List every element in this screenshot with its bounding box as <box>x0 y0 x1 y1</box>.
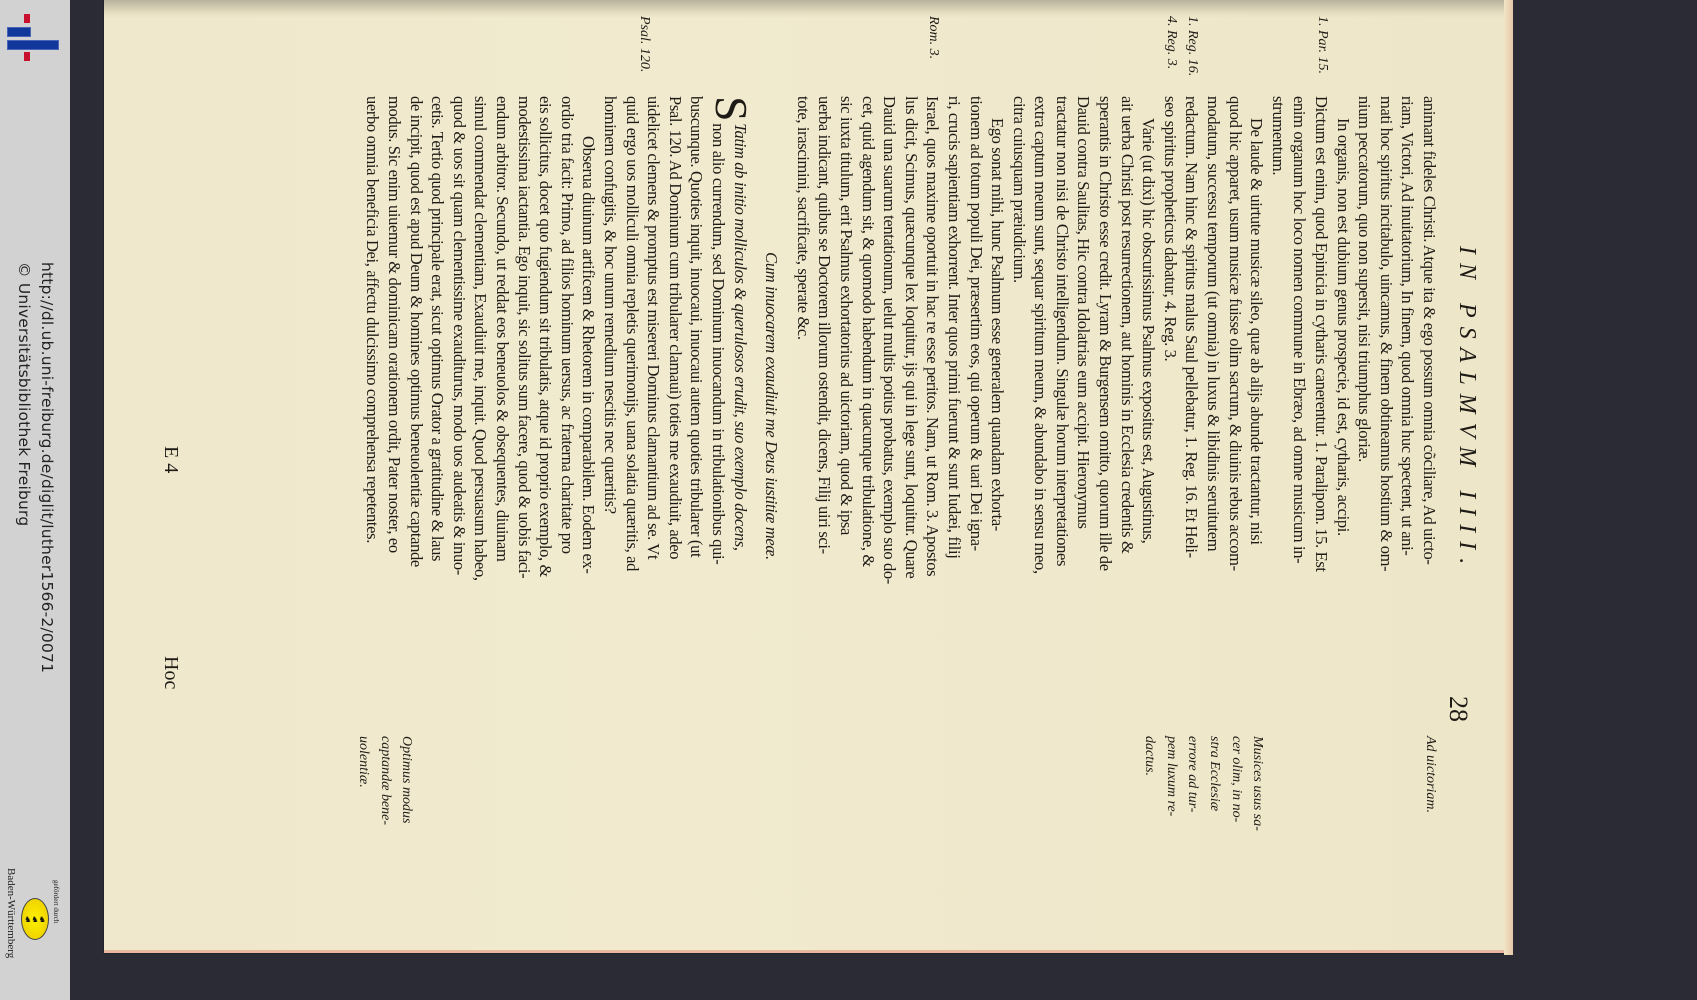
margin-note: uolentiæ. <box>353 736 374 788</box>
text-line: modatum, successu temporum (ut omnia) in… <box>1202 96 1224 716</box>
running-head: IN PSALMVM IIII. <box>1453 246 1480 573</box>
scripture-reference: Psal. 120. <box>634 16 655 72</box>
baden-wuerttemberg-crest-icon: ♞♞♞ <box>21 898 49 940</box>
page-text-rotated: IN PSALMVM IIII. 28 animant fideles Chri… <box>362 96 1440 716</box>
scripture-reference: 1. Par. 15. <box>1312 16 1333 74</box>
text-line: uerbo omnia beneficia Dei, affectu dulci… <box>362 96 384 716</box>
text-line: ri, crucis sapientiam exhorrent. Inter q… <box>943 96 965 716</box>
page-number: 28 <box>1443 696 1473 722</box>
drop-cap: S <box>711 96 751 121</box>
text-line: Ego sonat mihi, hunc Psalmum esse genera… <box>987 96 1009 716</box>
text-line: Dauid contra Saulitas, Hic contra Idolat… <box>1073 96 1095 716</box>
text-line: Israel, quos maxime oportuit in hac re e… <box>922 96 944 716</box>
margin-note: Ad uictoriam. <box>1420 736 1441 813</box>
text-line: buscunque. Quoties inquit, inuocaui, inu… <box>686 96 708 716</box>
margin-note: Optimus modus <box>396 736 417 824</box>
margin-note: captandæ bene- <box>374 736 395 825</box>
margin-note: pem luxum re- <box>1160 736 1181 816</box>
text-line: riam, Victori, Ad inuitatorium, In finem… <box>1397 96 1419 716</box>
margin-note: cer olim, in no- <box>1225 736 1246 822</box>
text-line: STatim ab initio molliculos & querulosos… <box>729 96 751 716</box>
university-library-logo-icon[interactable] <box>0 0 70 70</box>
scripture-reference: 4. Reg. 3. <box>1160 16 1181 69</box>
funded-by-label: gefördert durch <box>52 880 60 923</box>
text-line: eis sollicitus, docet quo fugiendum sit … <box>535 96 557 716</box>
text-line: modus. Sic enim uiuemur & dominicam orat… <box>384 96 406 716</box>
text-line: non alio currendum, sed Dominum inuocand… <box>707 96 729 716</box>
text-line: Dauid una suarum tentationum, uelut mult… <box>879 96 901 716</box>
text-line: redactum. Nam hinc & spiritus malus Saul… <box>1181 96 1203 716</box>
margin-note: Musices usus sa- <box>1247 736 1268 831</box>
text-line: ait uerba Christi post resurrectionem, a… <box>1116 96 1138 716</box>
text-line: nium peccatorum, quo non supersit, nisi … <box>1354 96 1376 716</box>
copyright-notice: © Universitätsbibliothek Freiburg <box>15 262 33 526</box>
text-line: quod & uos sit quam clementissime exaudi… <box>448 96 470 716</box>
text-line: cetis. Tertio quod principale erat, sicu… <box>427 96 449 716</box>
text-line: Varie (ut dixi) hic obscurissimus Psalmu… <box>1138 96 1160 716</box>
scripture-reference: Rom. 3. <box>923 16 944 59</box>
text-line: In organis, non est dubium genus prospec… <box>1332 96 1354 716</box>
text-line: tractatur non nisi de Christo intelligen… <box>1051 96 1073 716</box>
text-line: tionem ad totum populi Dei, præsertim eo… <box>965 96 987 716</box>
text-line: Dictum est enim, quod Epinicia in cythar… <box>1310 96 1332 716</box>
text-line: sic iuxta titulum, erit Psalmus exhortat… <box>835 96 857 716</box>
text-line: seo spiritus propheticus dabatur, 4. Reg… <box>1159 96 1181 716</box>
text-line: animant fideles Christi. Atque ita & ego… <box>1418 96 1440 716</box>
logo-red-mark-top <box>24 14 30 23</box>
logo-red-mark-bottom <box>24 52 30 61</box>
logo-blue-bar-long <box>7 40 59 50</box>
scripture-reference: 1. Reg. 16. <box>1182 16 1203 76</box>
text-line: quid ergo uos molliculi omnia repletis q… <box>621 96 643 716</box>
signature-mark: E 4 <box>159 446 182 473</box>
text-line: cet, quid agendum sit, & quomodo habendu… <box>857 96 879 716</box>
text-line: modestissima iactantia. Ego inquit, sic … <box>513 96 535 716</box>
margin-note: stra Ecclesiæ <box>1204 736 1225 811</box>
text-line: mati hoc spiritus incitabulo, uincamus, … <box>1375 96 1397 716</box>
text-line: uidelicet clemens & promptus est miserer… <box>643 96 665 716</box>
text-line: uerba indicant, quibus se Doctorem illor… <box>814 96 836 716</box>
permalink-url[interactable]: http://dl.ub.uni-freiburg.de/diglit/luth… <box>38 262 56 673</box>
commentary-text-part1: animant fideles Christi. Atque ita & ego… <box>792 96 1440 716</box>
text-line: Psal. 120. Ad Dominum cum tribularer cla… <box>664 96 686 716</box>
text-line: tote, irascimini, sacrificate, sperate &… <box>792 96 814 716</box>
text-line: extra captum meum sunt, sequar spiritum … <box>1030 96 1052 716</box>
library-sidebar: http://dl.ub.uni-freiburg.de/diglit/luth… <box>0 0 70 1000</box>
page-edge <box>1504 0 1513 955</box>
text-line: simul commendat clementiam, Exaudiuit me… <box>470 96 492 716</box>
text-line: De laude & uirtute musicæ sileo, quæ ab … <box>1246 96 1268 716</box>
text-line: Obserua diuinum artificem & Rhetorem in … <box>578 96 600 716</box>
text-line: strumentum. <box>1267 96 1289 716</box>
funder-name: Baden-Württemberg <box>5 868 17 958</box>
text-line: endum arbitror. Secundo, ut reddat eos b… <box>491 96 513 716</box>
text-line: enim organum hoc loco nomen commune in E… <box>1289 96 1311 716</box>
margin-note: dactus. <box>1139 736 1160 776</box>
text-line: de incipit, quod est apud Deum & homines… <box>405 96 427 716</box>
psalm-verse: Cum inuocarem exaudiuit me Deus iustitiæ… <box>761 96 783 716</box>
logo-blue-bar-short <box>7 27 31 37</box>
text-line: ordio tria facit: Primo, ad filios homin… <box>556 96 578 716</box>
text-line: lus dicit, Scimus, quæcunque lex loquitu… <box>900 96 922 716</box>
text-line: sperantis in Christo esse credit. Lyram … <box>1095 96 1117 716</box>
catchword: Hoc <box>159 656 182 689</box>
margin-note: errore ad tur- <box>1182 736 1203 812</box>
text-line: citra cuiusquam præiudicium. <box>1008 96 1030 716</box>
text-line: quod hic apparet, usum musicæ fuisse oli… <box>1224 96 1246 716</box>
text-line: hominem confugitis, & hoc unum remedium … <box>599 96 621 716</box>
commentary-text-part2: STatim ab initio molliculos & querulosos… <box>362 96 751 716</box>
